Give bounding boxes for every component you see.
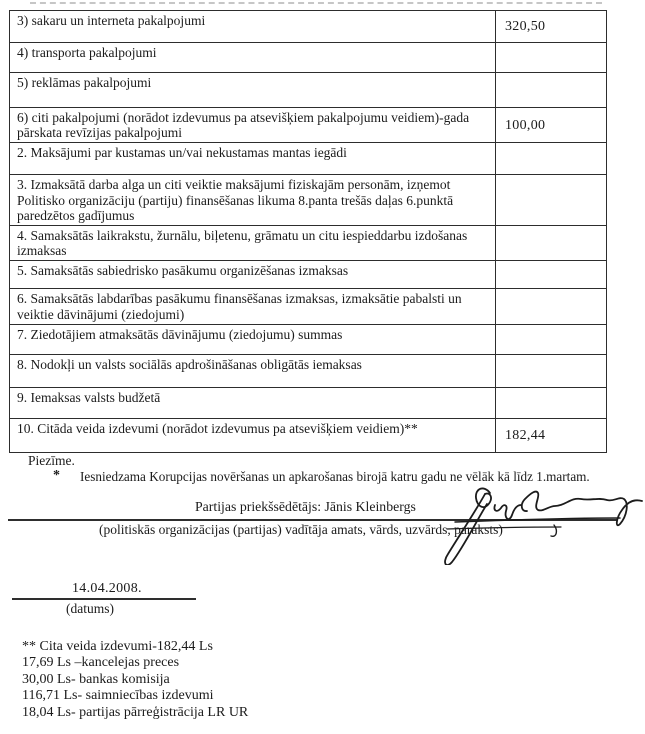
- expense-label-cell: 8. Nodokļi un valsts sociālās apdrošināš…: [10, 354, 496, 387]
- expense-label-cell: 4. Samaksātās laikrakstu, žurnālu, biļet…: [10, 226, 496, 261]
- expense-label-cell: 5) reklāmas pakalpojumi: [10, 73, 496, 108]
- expenses-table: 3) sakaru un interneta pakalpojumi 320,5…: [9, 10, 607, 453]
- breakdown-line: 116,71 Ls- saimniecības izdevumi: [22, 688, 248, 704]
- table-row: 5) reklāmas pakalpojumi: [10, 73, 607, 108]
- table-row: 5. Samaksātās sabiedrisko pasākumu organ…: [10, 261, 607, 289]
- expense-label-cell: 9. Iemaksas valsts budžetā: [10, 387, 496, 418]
- chairman-name-line: Partijas priekšsēdētājs: Jānis Kleinberg…: [195, 499, 416, 515]
- expense-label-cell: 7. Ziedotājiem atmaksātās dāvinājumu (zi…: [10, 324, 496, 354]
- table-row: 3) sakaru un interneta pakalpojumi 320,5…: [10, 11, 607, 43]
- expense-value-cell: 320,50: [496, 11, 607, 43]
- expense-value-cell: [496, 261, 607, 289]
- scanned-report-page: 3) sakaru un interneta pakalpojumi 320,5…: [0, 0, 645, 734]
- date-rule: [12, 598, 196, 600]
- note-asterisk: *: [53, 468, 60, 484]
- expense-label-cell: 3) sakaru un interneta pakalpojumi: [10, 11, 496, 43]
- expense-value-cell: 100,00: [496, 108, 607, 143]
- note-title: Piezīme.: [28, 453, 75, 469]
- expense-label-cell: 6) citi pakalpojumi (norādot izdevumus p…: [10, 108, 496, 143]
- expense-value-cell: [496, 387, 607, 418]
- expense-label-cell: 5. Samaksātās sabiedrisko pasākumu organ…: [10, 261, 496, 289]
- table-row: 8. Nodokļi un valsts sociālās apdrošināš…: [10, 354, 607, 387]
- expense-value-cell: [496, 289, 607, 324]
- table-row: 3. Izmaksātā darba alga un citi veiktie …: [10, 175, 607, 226]
- breakdown-line: ** Cita veida izdevumi-182,44 Ls: [22, 639, 248, 655]
- expense-value-cell: [496, 143, 607, 175]
- table-row: 4) transporta pakalpojumi: [10, 43, 607, 73]
- table-row: 6) citi pakalpojumi (norādot izdevumus p…: [10, 108, 607, 143]
- expense-label-cell: 2. Maksājumi par kustamas un/vai nekusta…: [10, 143, 496, 175]
- expense-label-cell: 10. Citāda veida izdevumi (norādot izdev…: [10, 418, 496, 452]
- breakdown-line: 18,04 Ls- partijas pārreģistrācija LR UR: [22, 705, 248, 721]
- expense-label-cell: 3. Izmaksātā darba alga un citi veiktie …: [10, 175, 496, 226]
- breakdown-line: 17,69 Ls –kancelejas preces: [22, 655, 248, 671]
- expense-value-cell: [496, 226, 607, 261]
- handwritten-signature: [435, 480, 645, 565]
- expense-value-cell: [496, 43, 607, 73]
- table-row: 7. Ziedotājiem atmaksātās dāvinājumu (zi…: [10, 324, 607, 354]
- expense-value-cell: [496, 324, 607, 354]
- table-row: 10. Citāda veida izdevumi (norādot izdev…: [10, 418, 607, 452]
- date-value: 14.04.2008.: [72, 581, 142, 597]
- table-row: 6. Samaksātās labdarības pasākumu finans…: [10, 289, 607, 324]
- table-row: 9. Iemaksas valsts budžetā: [10, 387, 607, 418]
- table-row: 4. Samaksātās laikrakstu, žurnālu, biļet…: [10, 226, 607, 261]
- expense-label-cell: 6. Samaksātās labdarības pasākumu finans…: [10, 289, 496, 324]
- expense-label-cell: 4) transporta pakalpojumi: [10, 43, 496, 73]
- date-caption: (datums): [66, 601, 114, 617]
- breakdown-line: 30,00 Ls- bankas komisija: [22, 672, 248, 688]
- scan-edge-artifact: [30, 2, 602, 4]
- expense-value-cell: 182,44: [496, 418, 607, 452]
- expense-breakdown-block: ** Cita veida izdevumi-182,44 Ls 17,69 L…: [22, 639, 248, 721]
- table-row: 2. Maksājumi par kustamas un/vai nekusta…: [10, 143, 607, 175]
- expense-value-cell: [496, 354, 607, 387]
- expense-value-cell: [496, 73, 607, 108]
- expense-value-cell: [496, 175, 607, 226]
